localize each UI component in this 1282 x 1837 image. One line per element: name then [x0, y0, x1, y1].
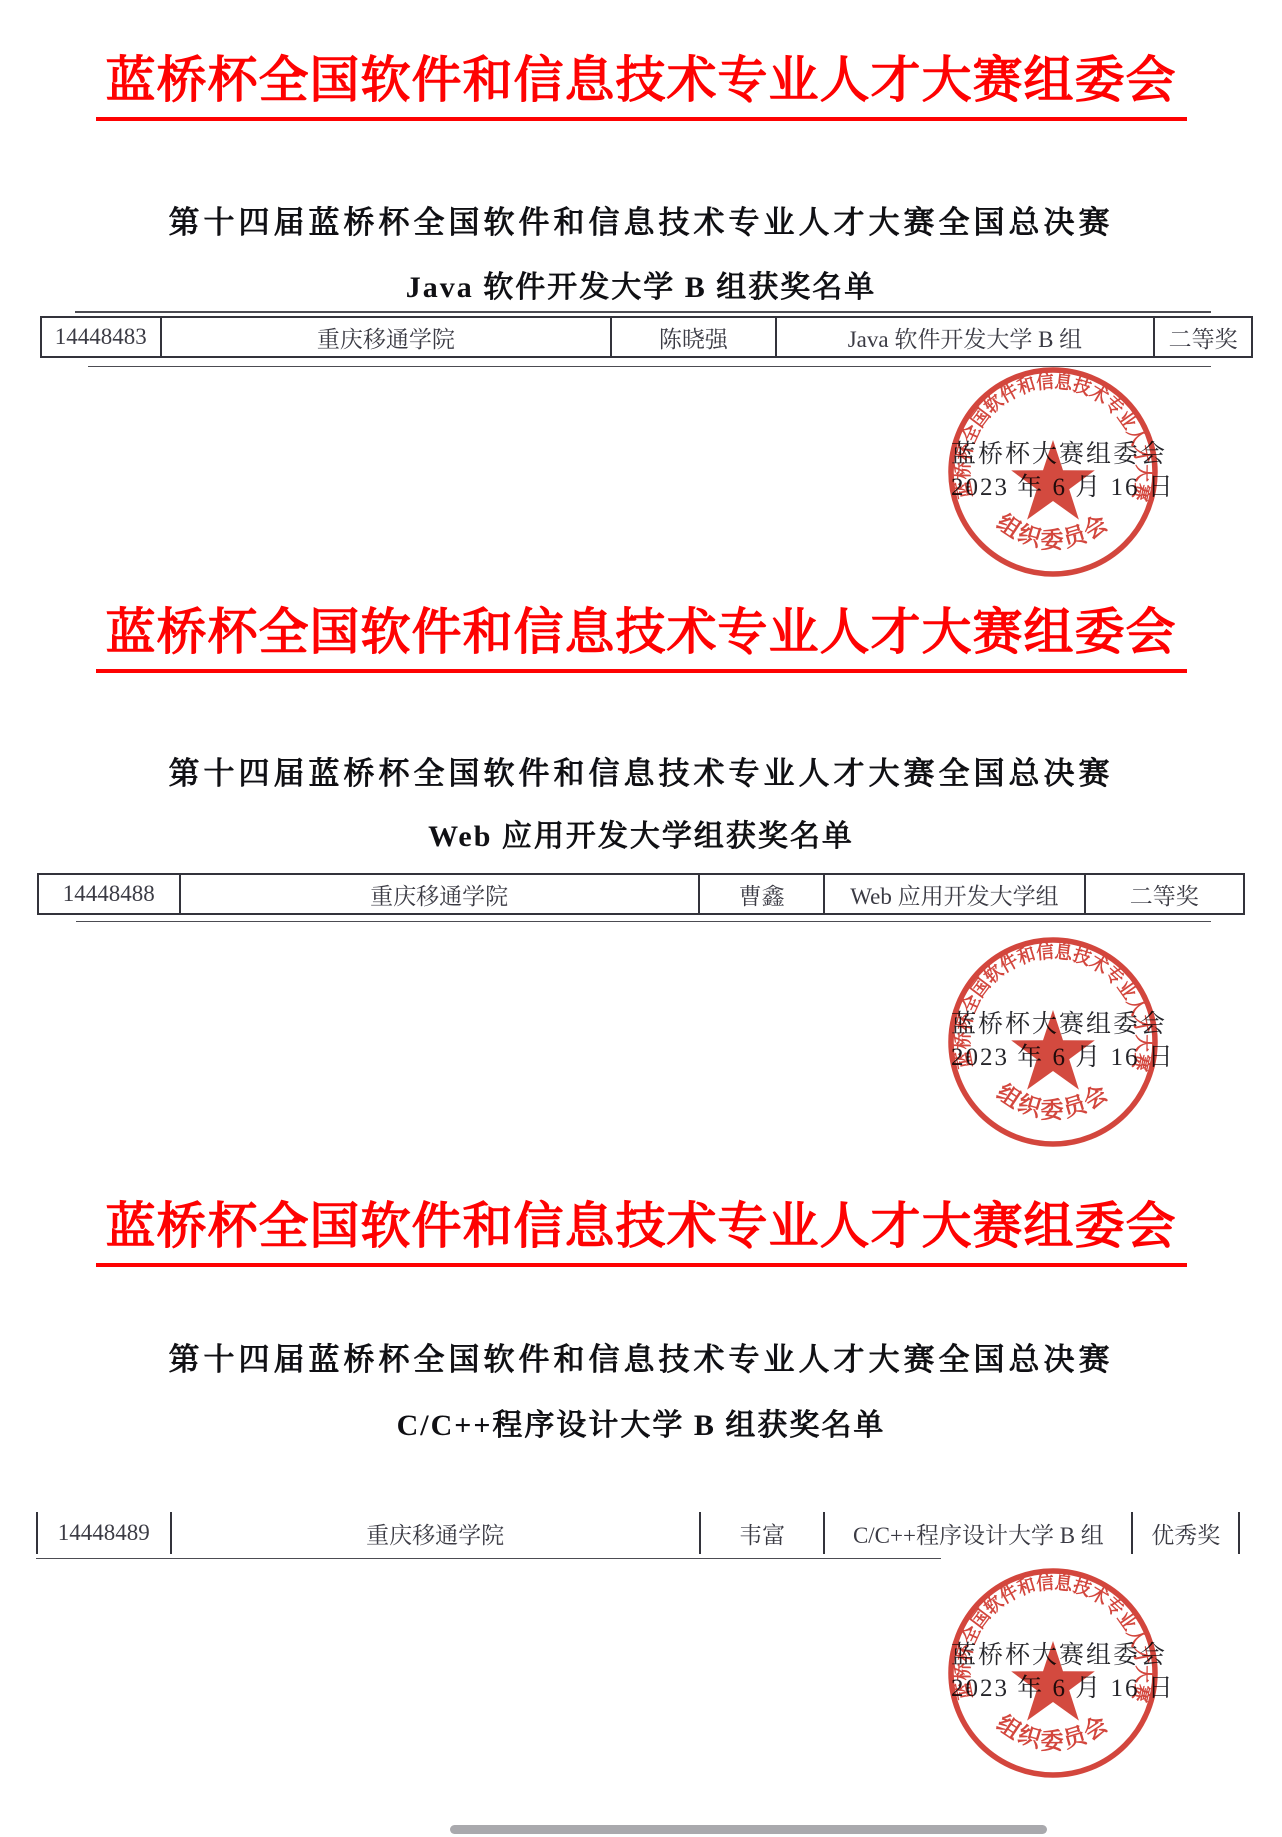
- org-title-text: 蓝桥杯全国软件和信息技术专业人才大赛组委会: [96, 1196, 1187, 1267]
- cell-group: Web 应用开发大学组: [823, 875, 1083, 913]
- list-title: Web 应用开发大学组获奖名单: [0, 811, 1282, 855]
- seal-banner-text: 组织委员会: [992, 509, 1113, 553]
- org-title: 蓝桥杯全国软件和信息技术专业人才大赛组委会: [0, 50, 1282, 121]
- official-seal: 蓝桥杯大赛组委会 2023 年 6 月 16 日 蓝桥杯全国软件和信息技术专业人…: [943, 1563, 1175, 1798]
- event-title: 第十四届蓝桥杯全国软件和信息技术专业人才大赛全国总决赛: [0, 197, 1282, 242]
- list-title: C/C++程序设计大学 B 组获奖名单: [0, 1400, 1282, 1444]
- cell-school: 重庆移通学院: [160, 318, 611, 356]
- cell-contestant-id: 14448488: [39, 875, 179, 913]
- award-table-row: 14448488 重庆移通学院 曹鑫 Web 应用开发大学组 二等奖: [37, 873, 1245, 915]
- cell-contestant-id: 14448483: [42, 318, 160, 356]
- official-seal: 蓝桥杯大赛组委会 2023 年 6 月 16 日 蓝桥杯全国软件和信息技术专业人…: [943, 362, 1175, 597]
- event-title: 第十四届蓝桥杯全国软件和信息技术专业人才大赛全国总决赛: [0, 748, 1282, 793]
- cell-name: 曹鑫: [698, 875, 824, 913]
- cell-group: Java 软件开发大学 B 组: [775, 318, 1154, 356]
- award-table-row: 14448483 重庆移通学院 陈晓强 Java 软件开发大学 B 组 二等奖: [40, 316, 1253, 358]
- cell-award: 优秀奖: [1131, 1512, 1238, 1554]
- partial-row-line-bottom: [76, 921, 1211, 922]
- seal-graphic-icon: 蓝桥杯全国软件和信息技术专业人才大赛 组织委员会: [943, 932, 1163, 1152]
- cell-school: 重庆移通学院: [170, 1512, 699, 1554]
- svg-text:组织委员会: 组织委员会: [992, 509, 1113, 553]
- cell-award: 二等奖: [1084, 875, 1243, 913]
- list-title: Java 软件开发大学 B 组获奖名单: [0, 262, 1282, 306]
- cell-name: 韦富: [699, 1512, 824, 1554]
- certificate-section-cpp: 蓝桥杯全国软件和信息技术专业人才大赛组委会 第十四届蓝桥杯全国软件和信息技术专业…: [0, 1182, 1282, 1837]
- seal-banner-text: 组织委员会: [992, 1079, 1113, 1123]
- org-title-text: 蓝桥杯全国软件和信息技术专业人才大赛组委会: [96, 50, 1187, 121]
- document-page: 蓝桥杯全国软件和信息技术专业人才大赛组委会 第十四届蓝桥杯全国软件和信息技术专业…: [0, 0, 1282, 1837]
- cell-award: 二等奖: [1153, 318, 1251, 356]
- org-title-text: 蓝桥杯全国软件和信息技术专业人才大赛组委会: [96, 602, 1187, 673]
- cell-school: 重庆移通学院: [179, 875, 698, 913]
- cell-name: 陈晓强: [610, 318, 774, 356]
- certificate-section-web: 蓝桥杯全国软件和信息技术专业人才大赛组委会 第十四届蓝桥杯全国软件和信息技术专业…: [0, 592, 1282, 1182]
- svg-text:组织委员会: 组织委员会: [992, 1079, 1113, 1123]
- seal-graphic-icon: 蓝桥杯全国软件和信息技术专业人才大赛 组织委员会: [943, 1563, 1163, 1783]
- star-icon: [1011, 1641, 1095, 1721]
- event-title: 第十四届蓝桥杯全国软件和信息技术专业人才大赛全国总决赛: [0, 1334, 1282, 1379]
- horizontal-scrollbar-thumb[interactable]: [450, 1825, 1047, 1834]
- org-title: 蓝桥杯全国软件和信息技术专业人才大赛组委会: [0, 602, 1282, 673]
- star-icon: [1011, 1010, 1095, 1090]
- org-title: 蓝桥杯全国软件和信息技术专业人才大赛组委会: [0, 1196, 1282, 1267]
- partial-row-line-bottom: [36, 1558, 941, 1559]
- cell-group: C/C++程序设计大学 B 组: [823, 1512, 1131, 1554]
- partial-row-line-top: [75, 311, 1211, 313]
- svg-text:组织委员会: 组织委员会: [992, 1710, 1113, 1754]
- official-seal: 蓝桥杯大赛组委会 2023 年 6 月 16 日 蓝桥杯全国软件和信息技术专业人…: [943, 932, 1175, 1167]
- seal-banner-text: 组织委员会: [992, 1710, 1113, 1754]
- star-icon: [1011, 440, 1095, 520]
- award-table-row: 14448489 重庆移通学院 韦富 C/C++程序设计大学 B 组 优秀奖: [36, 1512, 1240, 1554]
- cell-contestant-id: 14448489: [38, 1512, 170, 1554]
- seal-graphic-icon: 蓝桥杯全国软件和信息技术专业人才大赛 组织委员会: [943, 362, 1163, 582]
- certificate-section-java: 蓝桥杯全国软件和信息技术专业人才大赛组委会 第十四届蓝桥杯全国软件和信息技术专业…: [0, 0, 1282, 592]
